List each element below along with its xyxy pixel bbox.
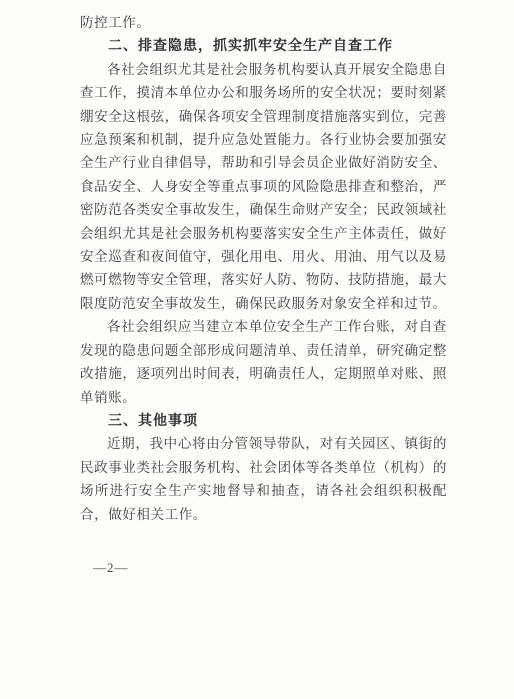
paragraph: 近期，我中心将由分管领导带队，对有关园区、镇街的民政事业类社会服务机构、社会团体…: [80, 432, 447, 526]
paragraph: 各社会组织应当建立本单位安全生产工作台账，对自查发现的隐患问题全部形成问题清单、…: [80, 315, 447, 409]
page-number: —2—: [93, 560, 447, 576]
section-heading-3: 三、其他事项: [80, 409, 447, 432]
section-heading-2: 二、排查隐患，抓实抓牢安全生产自查工作: [80, 34, 447, 57]
paragraph-continuation: 防控工作。: [80, 11, 447, 34]
paragraph: 各社会组织尤其是社会服务机构要认真开展安全隐患自查工作，摸清本单位办公和服务场所…: [80, 58, 447, 315]
document-page: 防控工作。 二、排查隐患，抓实抓牢安全生产自查工作 各社会组织尤其是社会服务机构…: [0, 0, 514, 699]
